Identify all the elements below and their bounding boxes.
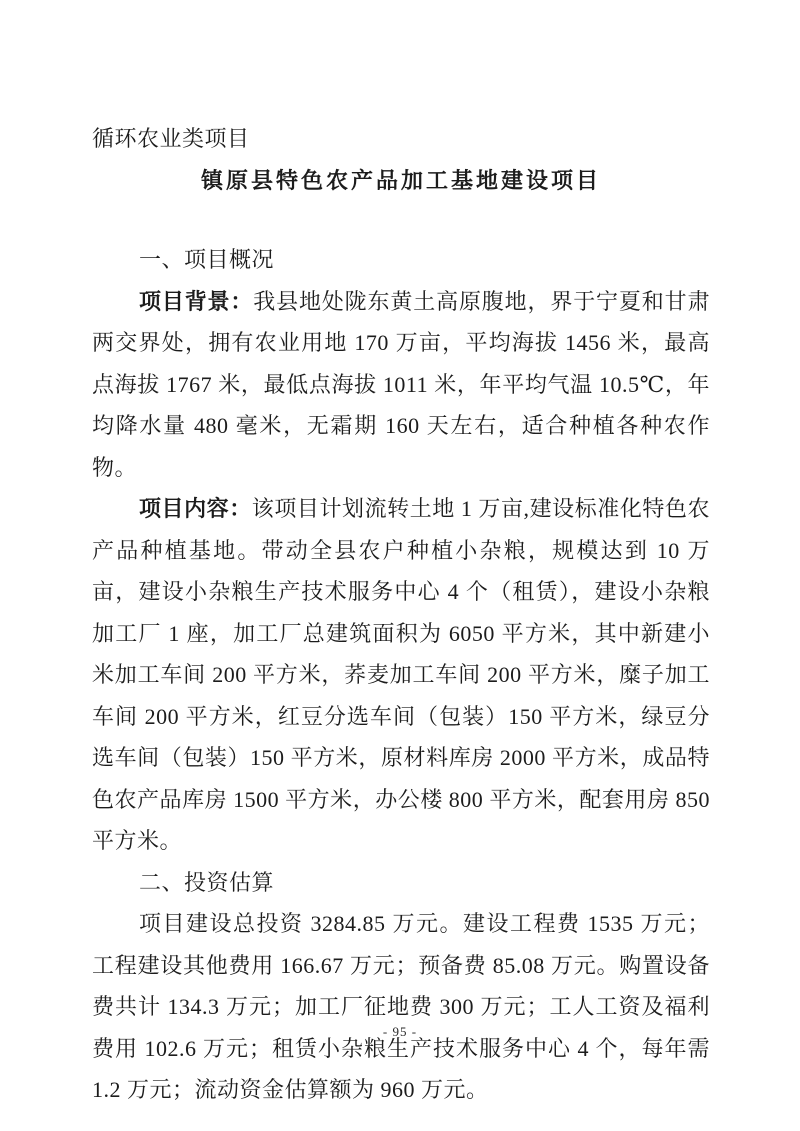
- document-title: 镇原县特色农产品加工基地建设项目: [92, 160, 710, 202]
- project-background-paragraph: 项目背景：我县地处陇东黄土高原腹地，界于宁夏和甘肃两交界处，拥有农业用地 170…: [92, 281, 710, 489]
- section-investment-heading: 二、投资估算: [92, 862, 710, 904]
- document-body: 循环农业类项目 镇原县特色农产品加工基地建设项目 一、项目概况 项目背景：我县地…: [0, 0, 800, 1111]
- category-label: 循环农业类项目: [92, 118, 710, 160]
- section-overview-heading: 一、项目概况: [92, 239, 710, 281]
- project-content-paragraph: 项目内容：该项目计划流转土地 1 万亩,建设标准化特色农产品种植基地。带动全县农…: [92, 488, 710, 862]
- investment-estimate-paragraph: 项目建设总投资 3284.85 万元。建设工程费 1535 万元；工程建设其他费…: [92, 903, 710, 1111]
- investment-estimate-text: 项目建设总投资 3284.85 万元。建设工程费 1535 万元；工程建设其他费…: [92, 911, 710, 1102]
- document-page: 循环农业类项目 镇原县特色农产品加工基地建设项目 一、项目概况 项目背景：我县地…: [0, 0, 800, 1131]
- project-content-label: 项目内容：: [139, 496, 252, 521]
- project-background-text: 我县地处陇东黄土高原腹地，界于宁夏和甘肃两交界处，拥有农业用地 170 万亩，平…: [92, 289, 710, 480]
- project-background-label: 项目背景：: [139, 289, 253, 314]
- project-content-text: 该项目计划流转土地 1 万亩,建设标准化特色农产品种植基地。带动全县农户种植小杂…: [92, 496, 710, 853]
- page-number: - 95 -: [0, 1024, 800, 1040]
